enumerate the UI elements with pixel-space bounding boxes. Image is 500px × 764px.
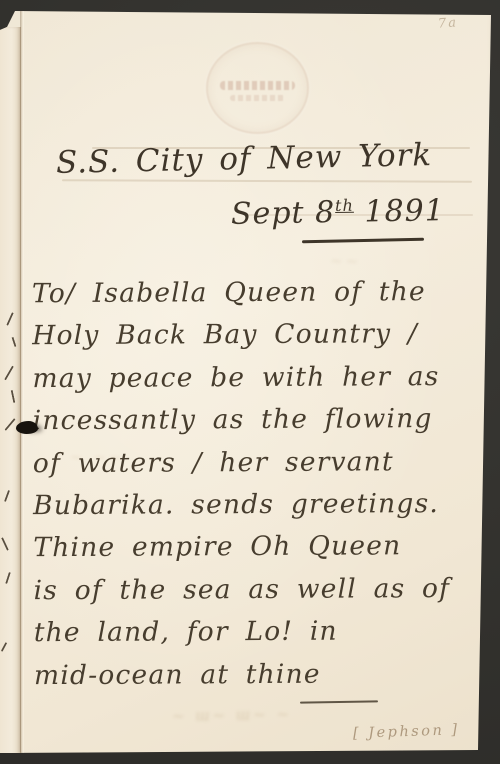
adjacent-page-ink-mark xyxy=(4,490,10,502)
body-line: incessantly as the flowing xyxy=(33,398,486,443)
adjacent-page-edge xyxy=(0,27,21,756)
body-line: mid-ocean at thine xyxy=(34,652,487,697)
body-line: Holy Back Bay Country / xyxy=(32,313,485,358)
date-underline xyxy=(302,238,424,243)
letter-body: To/ Isabella Queen of the Holy Back Bay … xyxy=(32,271,487,697)
ghost-bleed-through-writing: ~ ɯ~ ɯ~ ~ xyxy=(172,705,292,725)
pencil-folio-mark: 7a xyxy=(438,15,459,31)
date-day: Sept 8 xyxy=(231,195,336,232)
adjacent-page-ink-mark xyxy=(1,537,9,551)
seal-illegible-text-band xyxy=(220,81,295,90)
adjacent-page-ink-mark xyxy=(12,337,17,347)
body-line: may peace be with her as xyxy=(32,356,485,401)
adjacent-page-ink-mark xyxy=(6,312,14,326)
date-ordinal: th xyxy=(335,196,354,215)
letter-page: 7a S.S. City of New York Sept 8th 1891 T… xyxy=(0,0,500,764)
body-line: Bubarika. sends greetings. xyxy=(33,483,486,528)
body-line: the land, for Lo! in xyxy=(34,610,487,655)
letterhead-date-line: Sept 8th 1891 xyxy=(231,193,445,232)
body-line: To/ Isabella Queen of the xyxy=(32,271,485,316)
ghost-ruled-line xyxy=(62,179,472,182)
pencil-attribution-note: [ Jephson ] xyxy=(353,722,460,742)
fold-crease xyxy=(20,9,24,754)
end-of-line-flourish xyxy=(300,700,378,704)
adjacent-page-ink-mark xyxy=(5,572,11,584)
ink-blot xyxy=(16,421,38,434)
seal-illegible-text-band xyxy=(230,95,285,101)
body-line: Thine empire Oh Queen xyxy=(33,525,486,570)
adjacent-page-ink-mark xyxy=(11,390,16,403)
ghost-bleed-through-writing: ~~ xyxy=(330,252,361,271)
photo-background: 7a S.S. City of New York Sept 8th 1891 T… xyxy=(0,0,500,764)
letterhead-ship-line: S.S. City of New York xyxy=(56,137,433,181)
adjacent-page-ink-mark xyxy=(4,366,14,381)
date-year: 1891 xyxy=(354,193,445,230)
adjacent-page-ink-mark xyxy=(4,418,15,431)
ghost-bleed-through-writing: ~ ~~ xyxy=(70,448,124,466)
body-line: is of the sea as well as of xyxy=(33,568,486,613)
adjacent-page-ink-mark xyxy=(1,642,7,652)
embossed-circular-seal-icon xyxy=(206,42,309,134)
